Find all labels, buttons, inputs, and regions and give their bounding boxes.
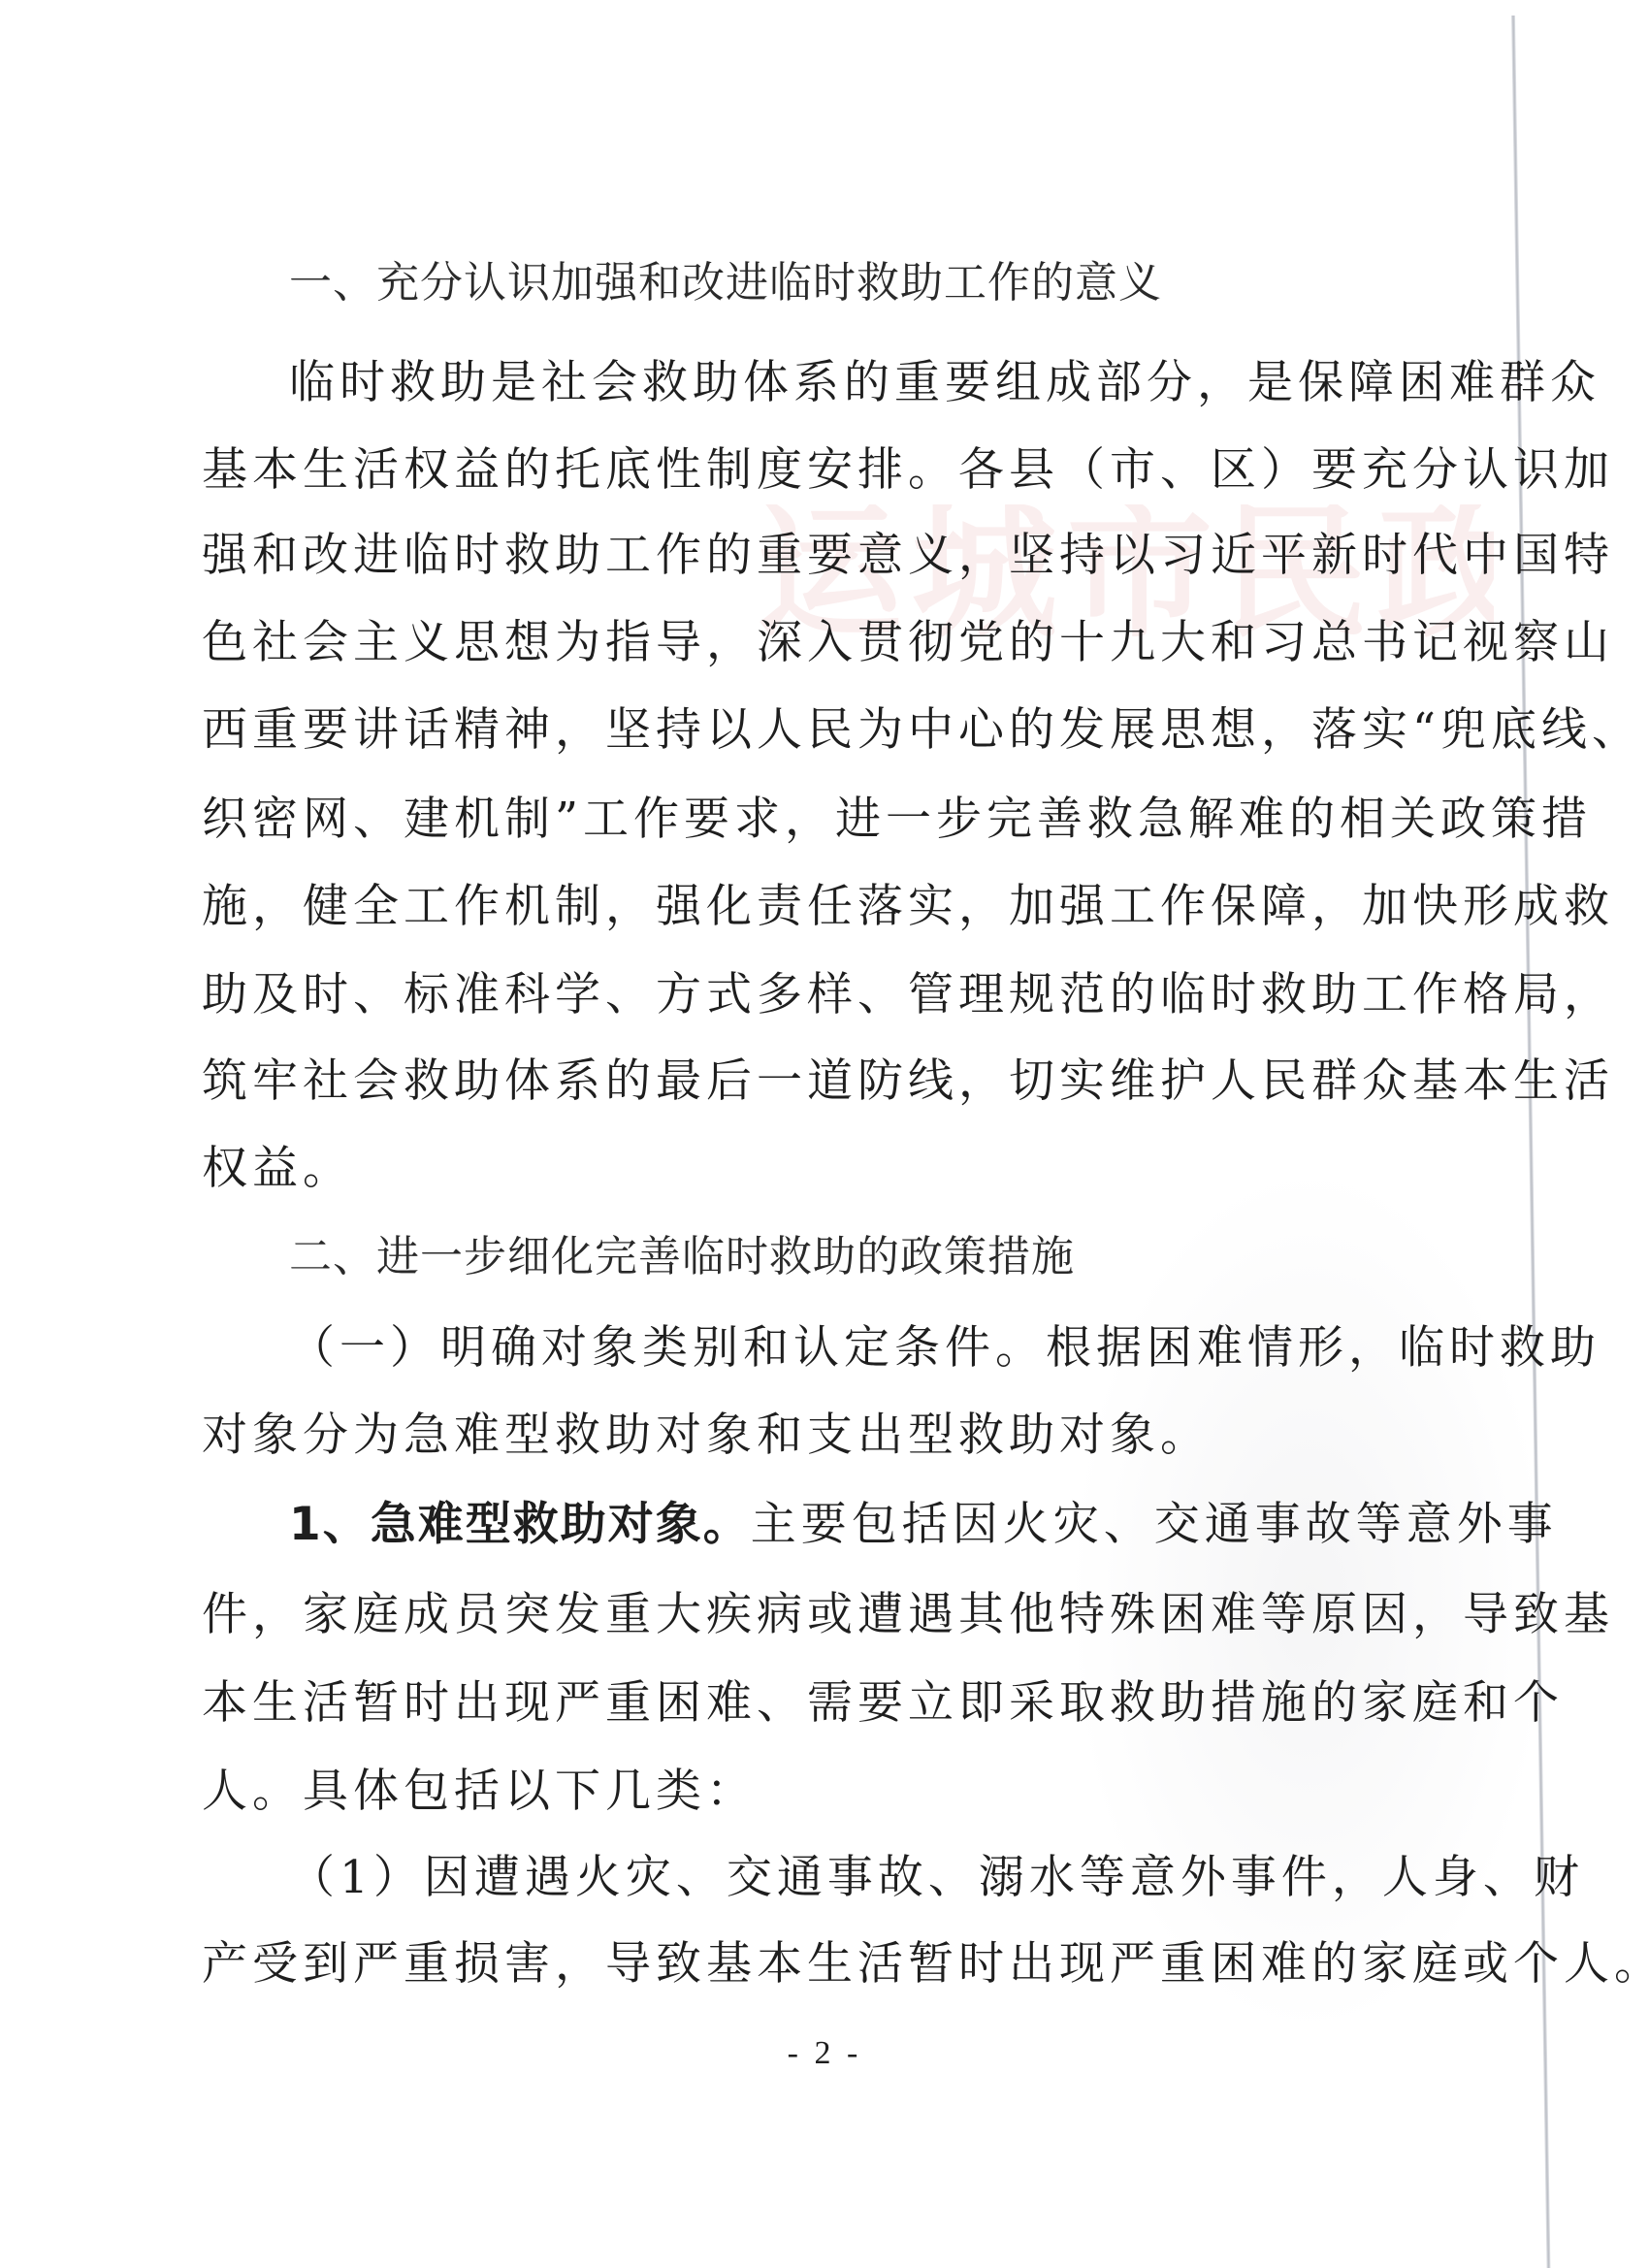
paragraph-line: 本生活暂时出现严重困难、需要立即采取救助措施的家庭和个: [202, 1674, 1405, 1733]
paragraph-line: 对象分为急难型救助对象和支出型救助对象。: [202, 1407, 1405, 1465]
paragraph-line: 施，健全工作机制，强化责任落实，加强工作保障，加快形成救: [202, 878, 1405, 936]
paragraph-line: 色社会主义思想为指导，深入贯彻党的十九大和习总书记视察山: [202, 614, 1405, 672]
section-1-heading: 一、充分认识加强和改进临时救助工作的意义: [289, 254, 1492, 312]
paragraph-line: 产受到严重损害，导致基本生活暂时出现严重困难的家庭或个人。: [202, 1935, 1405, 1993]
paragraph-line: 人。具体包括以下几类：: [202, 1763, 1405, 1821]
item-1-title: 1、急难型救助对象。: [289, 1498, 751, 1551]
paragraph-line: 基本生活权益的托底性制度安排。各县（市、区）要充分认识加: [202, 441, 1405, 500]
paragraph-line: 强和改进临时救助工作的重要意义，坚持以习近平新时代中国特: [202, 527, 1405, 585]
page-number: - 2 -: [0, 2035, 1649, 2072]
paragraph-line: 筑牢社会救助体系的最后一道防线，切实维护人民群众基本生活: [202, 1053, 1405, 1111]
item-1-line: 1、急难型救助对象。主要包括因火灾、交通事故等意外事: [289, 1496, 1492, 1554]
paragraph-line: 西重要讲话精神，坚持以人民为中心的发展思想，落实“兜底线、: [202, 701, 1405, 760]
paragraph-line: 临时救助是社会救助体系的重要组成部分，是保障困难群众: [289, 354, 1492, 412]
paragraph-line: 权益。: [202, 1140, 1405, 1198]
section-2-heading: 二、进一步细化完善临时救助的政策措施: [289, 1228, 1492, 1286]
paragraph-line: 助及时、标准科学、方式多样、管理规范的临时救助工作格局，: [202, 966, 1405, 1024]
paragraph-line: （一）明确对象类别和认定条件。根据困难情形，临时救助: [289, 1319, 1492, 1377]
paragraph-line: 件，家庭成员突发重大疾病或遭遇其他特殊困难等原因，导致基: [202, 1586, 1405, 1644]
paragraph-line: 织密网、建机制”工作要求，进一步完善救急解难的相关政策措: [202, 791, 1405, 849]
paragraph-line: （1）因遭遇火灾、交通事故、溺水等意外事件，人身、财: [289, 1849, 1492, 1907]
item-1-text: 主要包括因火灾、交通事故等意外事: [751, 1498, 1558, 1551]
